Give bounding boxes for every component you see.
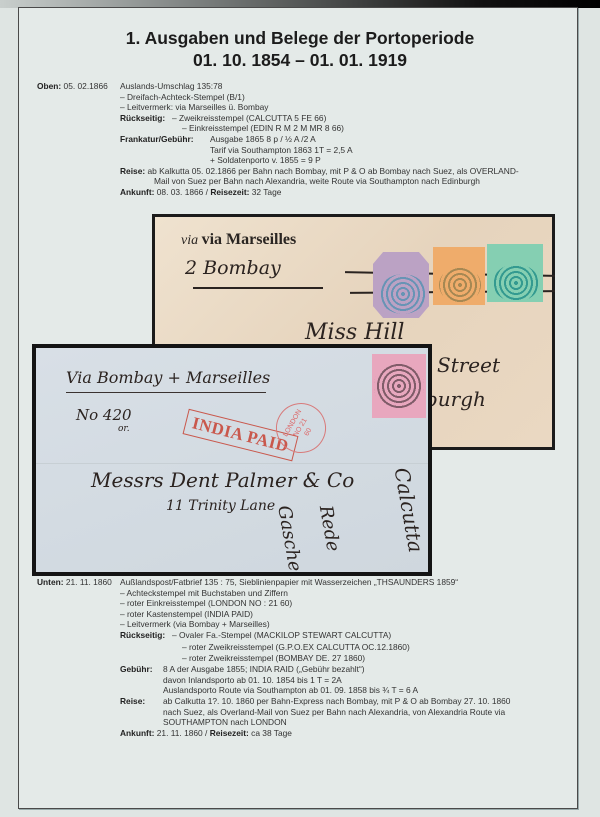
lower-travel-label: Reise: bbox=[120, 696, 145, 706]
upper-arrival-row: Ankunft: 08. 03. 1866 / Reisezeit: 32 Ta… bbox=[120, 187, 281, 198]
page-title: 1. Ausgaben und Belege der Portoperiode … bbox=[0, 27, 600, 71]
handwriting-street: Street bbox=[437, 353, 500, 377]
lower-fee-line: Auslandsporto Route via Southampton ab 0… bbox=[163, 685, 418, 696]
printed-route-label: via via Marseilles bbox=[181, 231, 296, 249]
cover-letter-1860: Via Bombay + Marseilles No 420 or. INDIA… bbox=[32, 344, 432, 576]
handwriting-number: No 420 bbox=[76, 406, 132, 424]
lower-line: – Achteckstempel mit Buchstaben und Ziff… bbox=[120, 588, 288, 599]
fold-line bbox=[36, 463, 428, 464]
lower-fee-line: 8 A der Ausgabe 1855; INDIA RAID („Gebüh… bbox=[163, 664, 365, 675]
title-line-1: 1. Ausgaben und Belege der Portoperiode bbox=[0, 27, 600, 49]
underline bbox=[66, 392, 266, 393]
upper-label: Oben: bbox=[37, 81, 61, 91]
lower-back-line: – roter Zweikreisstempel (BOMBAY DE. 27 … bbox=[182, 653, 365, 664]
upper-duration: 32 Tage bbox=[252, 187, 282, 197]
handwriting-city: burgh bbox=[425, 387, 486, 411]
handwriting-docket: Gasche bbox=[273, 504, 305, 573]
lower-back-line: – Ovaler Fa.-Stempel (MACKILOP STEWART C… bbox=[172, 630, 391, 641]
lower-label-row: Unten: 21. 11. 1860 bbox=[37, 577, 112, 588]
lower-line: – roter Kastenstempel (INDIA PAID) bbox=[120, 609, 253, 620]
handwriting-addressee: Messrs Dent Palmer & Co bbox=[91, 468, 354, 492]
lower-duration-label: Reisezeit: bbox=[210, 728, 249, 738]
handwriting-route: Via Bombay + Marseilles bbox=[66, 368, 270, 387]
upper-line: – Dreifach-Achteck-Stempel (B/1) bbox=[120, 92, 245, 103]
lower-arrival: 21. 11. 1860 / bbox=[157, 728, 208, 738]
upper-back-line: – Zweikreisstempel (CALCUTTA 5 FE 66) bbox=[172, 113, 326, 124]
upper-duration-label: Reisezeit: bbox=[210, 187, 249, 197]
lower-line: – roter Einkreisstempel (LONDON NO : 21 … bbox=[120, 598, 292, 609]
upper-fee-line: Ausgabe 1865 8 p / ½ A /2 A bbox=[210, 134, 316, 145]
lower-back-label: Rückseitig: bbox=[120, 630, 165, 640]
handwriting-bombay: 2 Bombay bbox=[185, 257, 281, 279]
stamp-8-anna-rose bbox=[372, 354, 426, 418]
lower-label: Unten: bbox=[37, 577, 64, 587]
lower-back-line: – roter Zweikreisstempel (G.P.O.EX CALCU… bbox=[182, 642, 410, 653]
upper-fee-label: Frankatur/Gebühr: bbox=[120, 134, 194, 144]
handwriting-docket: Rede bbox=[315, 504, 344, 553]
upper-arrival: 08. 03. 1866 / bbox=[157, 187, 208, 197]
stamp-2-anna-green bbox=[487, 244, 543, 302]
upper-fee-line: Tarif via Southampton 1863 1T = 2,5 A bbox=[210, 145, 353, 156]
upper-item: Auslands-Umschlag 135:78 bbox=[120, 81, 222, 92]
underline bbox=[193, 287, 323, 289]
title-line-2: 01. 10. 1854 – 01. 01. 1919 bbox=[0, 49, 600, 71]
lower-travel-line: SOUTHAMPTON nach LONDON bbox=[163, 717, 287, 728]
upper-travel-line: ab Kalkutta 05. 02.1866 per Bahn nach Bo… bbox=[147, 166, 518, 176]
upper-back-label: Rückseitig: bbox=[120, 113, 165, 123]
lower-arrival-row: Ankunft: 21. 11. 1860 / Reisezeit: ca 38… bbox=[120, 728, 292, 739]
upper-travel-line: Mail von Suez per Bahn nach Alexandria, … bbox=[154, 176, 480, 187]
lower-travel-line: ab Calkutta 1?. 10. 1860 per Bahn-Expres… bbox=[163, 696, 510, 707]
handwriting-street: 11 Trinity Lane bbox=[166, 498, 275, 514]
stamp-half-anna-orange bbox=[433, 247, 485, 305]
lower-fee-line: davon Inlandsporto ab 01. 10. 1854 bis 1… bbox=[163, 675, 342, 686]
upper-fee-line: + Soldatenporto v. 1855 = 9 P bbox=[210, 155, 321, 166]
lower-line: – Leitvermerk (via Bombay + Marseilles) bbox=[120, 619, 270, 630]
printed-route-text: via Marseilles bbox=[202, 231, 297, 248]
handwriting-or: or. bbox=[118, 424, 130, 434]
handwriting-addressee: Miss Hill bbox=[305, 320, 404, 345]
upper-arrival-label: Ankunft: bbox=[120, 187, 154, 197]
upper-label-row: Oben: 05. 02.1866 bbox=[37, 81, 108, 92]
upper-travel-label: Reise: bbox=[120, 166, 145, 176]
upper-date: 05. 02.1866 bbox=[64, 81, 108, 91]
lower-date: 21. 11. 1860 bbox=[66, 577, 112, 587]
handwriting-docket: Calcutta bbox=[390, 466, 429, 555]
upper-back-line: – Einkreisstempel (EDIN R M 2 M MR 8 66) bbox=[182, 123, 344, 134]
lower-item: Außlandspost/Fatbrief 135 : 75, Sieblini… bbox=[120, 577, 458, 588]
upper-line: – Leitvermerk: via Marseilles ü. Bombay bbox=[120, 102, 268, 113]
lower-arrival-label: Ankunft: bbox=[120, 728, 154, 738]
stamp-8-pies-lilac bbox=[373, 252, 429, 318]
lower-travel-line: nach Suez, als Overland-Mail von Suez pe… bbox=[163, 707, 505, 718]
lower-duration: ca 38 Tage bbox=[251, 728, 292, 738]
lower-fee-label: Gebühr: bbox=[120, 664, 153, 674]
